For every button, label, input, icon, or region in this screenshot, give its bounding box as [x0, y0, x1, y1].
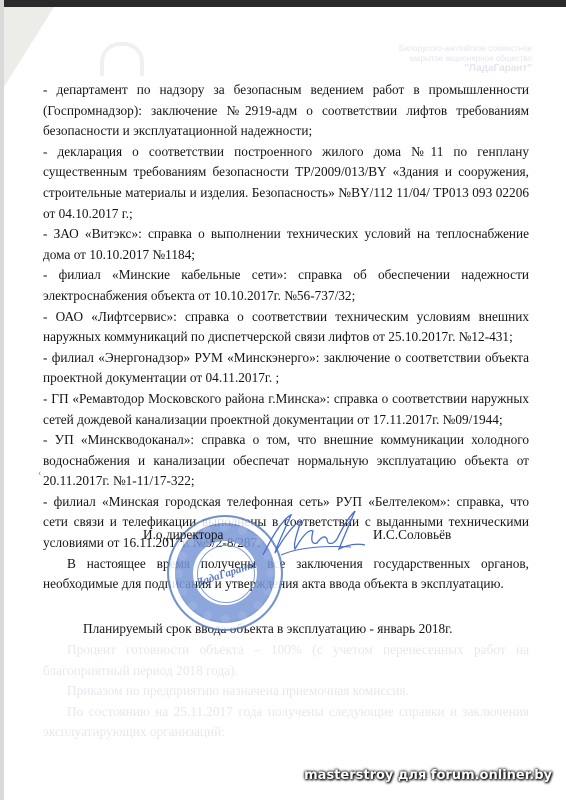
planned-date-paragraph: Планируемый срок ввода объекта в эксплуа…: [43, 619, 529, 640]
bleed-through-paragraph: Процент готовности объекта – 100% (с уче…: [43, 640, 529, 681]
bleed-through-text: Процент готовности объекта – 100% (с уче…: [43, 640, 529, 743]
scanned-document-page: Белорусско-английское совместное закрыто…: [0, 0, 566, 800]
signatory-position: И.о.директора: [143, 527, 223, 543]
bleed-through-paragraph: По состоянию на 25.11.2017 года получены…: [43, 702, 529, 743]
signatory-name: И.С.Соловьёв: [373, 527, 451, 543]
list-item: - филиал «Минские кабельные сети»: справ…: [43, 265, 529, 306]
list-item: - ГП «Ремавтодор Московского района г.Ми…: [43, 389, 529, 430]
list-item: - филиал «Энергонадзор» РУМ «Минскэнерго…: [43, 348, 529, 389]
scan-artifact: ‹: [38, 468, 41, 479]
letterhead-line-1: Белорусско-английское совместное: [399, 44, 532, 54]
list-item: - декларация о соответствии построенного…: [43, 142, 529, 224]
list-item: - ЗАО «Витэкс»: справка о выполнении тех…: [43, 224, 529, 265]
list-item: - УП «Минскводоканал»: справка о том, чт…: [43, 430, 529, 492]
list-item: - департамент по надзору за безопасным в…: [43, 80, 529, 142]
watermark: masterstroy для forum.onliner.by: [304, 768, 552, 783]
list-item: - ОАО «Лифтсервис»: справка о соответств…: [43, 307, 529, 348]
bleed-through-paragraph: Приказом по предприятию назначена приемо…: [43, 681, 529, 702]
scan-top-border: [0, 0, 566, 7]
letterhead-company-name: "ЛадаГарант": [399, 64, 532, 74]
letterhead: Белорусско-английское совместное закрыто…: [399, 44, 532, 74]
handwritten-signature-icon: [255, 505, 370, 565]
letterhead-logo-icon: [100, 42, 144, 76]
stamp-text: ЛадаГарант: [195, 559, 257, 589]
stamp-center: ЛадаГарант: [197, 545, 255, 603]
folded-corner: [4, 7, 54, 87]
scan-left-border: [0, 0, 4, 800]
